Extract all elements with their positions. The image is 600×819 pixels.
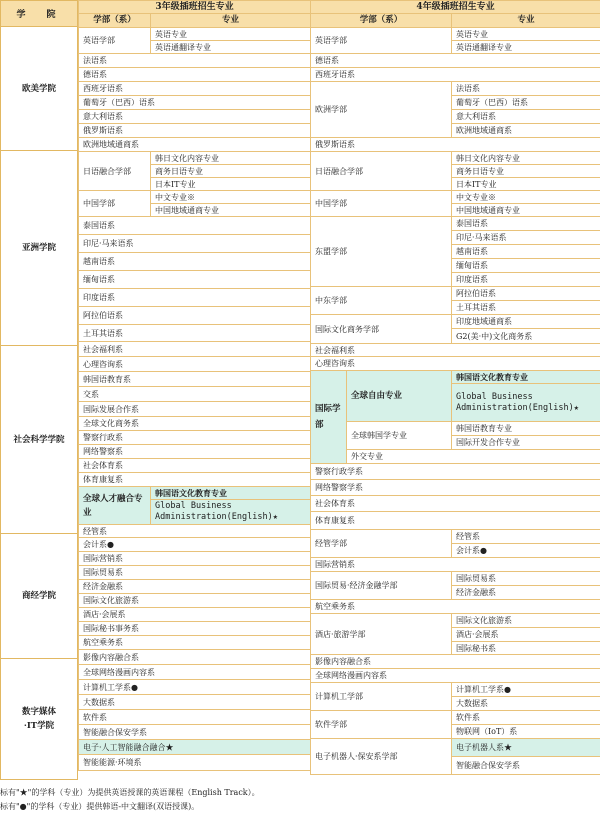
- major-cell: 意大利语系: [452, 110, 600, 124]
- major-cell: 中国地域通商专业: [452, 204, 600, 217]
- dept-cell: 经济金融系: [79, 580, 311, 594]
- dept-cell: 软件学部: [311, 711, 452, 739]
- dept-cell: 缅甸语系: [79, 271, 311, 289]
- intl-dept-cell: 国际学部: [311, 371, 347, 464]
- year3-table: 3年级插班招生专业 学部（系）专业 英语学部英语专业 英语通翻译专业 法语系 德…: [78, 0, 311, 771]
- dept-cell: 英语学部: [79, 28, 151, 54]
- major-cell: 国际秘书系: [452, 642, 600, 655]
- major-header: 专业: [151, 14, 311, 28]
- dept-cell: 警察行政系: [79, 431, 311, 445]
- dept-cell: 俄罗斯语系: [79, 124, 311, 138]
- dept-cell: 欧洲地域通商系: [79, 138, 311, 152]
- major-cell-highlight: 电子机器人系★: [452, 739, 600, 757]
- major-cell: 国际贸易系: [452, 572, 600, 586]
- college-social: 社会科学学院: [0, 346, 78, 534]
- major-cell: 物联网（IoT）系: [452, 725, 600, 739]
- dept-cell: 影像内容融合系: [79, 650, 311, 665]
- college-europe: 欧美学院: [0, 27, 78, 151]
- major-cell: 全球韩国学专业: [347, 422, 452, 450]
- dept-cell: 东盟学部: [311, 217, 452, 287]
- major-cell: 阿拉伯语系: [452, 287, 600, 301]
- major-cell: G2(美·中)文化商务系: [452, 329, 600, 344]
- footnote-dot: 标有"●"的学科（专业）提供韩语-中文翻译(双语授课)。: [0, 800, 260, 814]
- dept-cell: 会计系●: [79, 538, 311, 552]
- dept-cell: 英语学部: [311, 28, 452, 54]
- major-cell: 欧洲地域通商系: [452, 124, 600, 138]
- dept-cell: 软件系: [79, 710, 311, 725]
- dept-cell: 经管学部: [311, 530, 452, 558]
- dept-cell: 中国学部: [311, 191, 452, 217]
- admission-table: 学 院 欧美学院 亚洲学院 社会科学学院 商经学院 数字媒体 ·IT学院 3年级…: [0, 0, 600, 780]
- major-cell: 外交专业: [347, 450, 600, 464]
- dept-cell: 越南语系: [79, 253, 311, 271]
- major-cell: 日本IT专业: [151, 178, 311, 191]
- dept-cell: 德语系: [311, 54, 600, 68]
- dept-cell: 印尼·马来语系: [79, 235, 311, 253]
- major-cell: 中文专业※: [151, 191, 311, 204]
- footnote-star: 标有"★"的学科（专业）为提供英语授课的英语课程（English Track）。: [0, 786, 260, 800]
- year4-table: 4年级插班招生专业 学部（系）专业 英语学部英语专业 英语通翻译专业 德语系 西…: [310, 0, 600, 775]
- dept-cell: 国际秘书事务系: [79, 622, 311, 636]
- dept-cell: 全球网络漫画内容系: [311, 669, 600, 683]
- footnotes: 标有"★"的学科（专业）为提供英语授课的英语课程（English Track）。…: [0, 786, 260, 814]
- major-cell-highlight: Global Business Administration(English)★: [151, 500, 311, 525]
- major-cell: 印尼·马来语系: [452, 231, 600, 245]
- major-cell: 计算机工学系●: [452, 683, 600, 697]
- dept-cell: 阿拉伯语系: [79, 307, 311, 325]
- major-cell: 大数据系: [452, 697, 600, 711]
- college-digital: 数字媒体 ·IT学院: [0, 659, 78, 780]
- dept-cell: 德语系: [79, 68, 311, 82]
- dept-cell: 泰国语系: [79, 217, 311, 235]
- major-cell: 英语专业: [151, 28, 311, 41]
- major-cell: 日本IT专业: [452, 178, 600, 191]
- major-cell: 经济金融系: [452, 586, 600, 600]
- major-cell: 酒店·会展系: [452, 628, 600, 642]
- dept-cell: 大数据系: [79, 695, 311, 710]
- year3-title: 3年级插班招生专业: [79, 1, 311, 14]
- major-cell: 越南语系: [452, 245, 600, 259]
- major-cell-highlight: 全球自由专业: [347, 371, 452, 422]
- major-cell: 商务日语专业: [452, 165, 600, 178]
- major-header: 专业: [452, 14, 600, 28]
- dept-cell: 计算机工学系●: [79, 680, 311, 695]
- dept-cell: 中国学部: [79, 191, 151, 217]
- dept-cell: 国际贸易·经济金融学部: [311, 572, 452, 600]
- dept-cell: 国际营销系: [79, 552, 311, 566]
- dept-cell: 全球网络漫画内容系: [79, 665, 311, 680]
- dept-cell: 社会体育系: [311, 496, 600, 512]
- dept-cell: 欧洲学部: [311, 82, 452, 138]
- dept-cell: 社会福利系: [311, 344, 600, 357]
- sub-major-cell: 国际开发合作专业: [452, 436, 600, 450]
- major-cell: 英语通翻译专业: [452, 41, 600, 54]
- major-cell: 国际文化旅游系: [452, 614, 600, 628]
- dept-cell: 法语系: [79, 54, 311, 68]
- major-cell: 葡萄牙（巴西）语系: [452, 96, 600, 110]
- dept-cell: 航空乘务系: [79, 636, 311, 650]
- dept-cell: 日语融合学部: [311, 152, 452, 191]
- sub-major-cell: 韩国语教育专业: [452, 422, 600, 436]
- dept-cell: 酒店·旅游学部: [311, 614, 452, 655]
- major-cell: 英语专业: [452, 28, 600, 41]
- college-asia: 亚洲学院: [0, 151, 78, 346]
- dept-cell: 经管系: [79, 525, 311, 538]
- dept-cell: 西班牙语系: [79, 82, 311, 96]
- dept-cell: 社会体育系: [79, 459, 311, 473]
- major-cell-highlight: 韩国语文化教育专业: [151, 487, 311, 500]
- dept-cell: 西班牙语系: [311, 68, 600, 82]
- major-cell: 智能融合保安学系: [452, 757, 600, 775]
- major-cell: 商务日语专业: [151, 165, 311, 178]
- dept-cell: 电子机器人·保安系学部: [311, 739, 452, 775]
- sub-major-cell-highlight: Global Business Administration(English)★: [452, 384, 600, 422]
- dept-cell: 网络警察学系: [311, 480, 600, 496]
- dept-cell: 警察行政学系: [311, 464, 600, 480]
- major-cell: 法语系: [452, 82, 600, 96]
- dept-cell: 韩国语教育系: [79, 372, 311, 387]
- dept-cell: 土耳其语系: [79, 325, 311, 342]
- dept-cell: 社会福利系: [79, 342, 311, 357]
- dept-cell-highlight: 电子·人工智能融合融合★: [79, 740, 311, 755]
- major-cell: 土耳其语系: [452, 301, 600, 315]
- sub-major-cell-highlight: 韩国语文化教育专业: [452, 371, 600, 384]
- dept-cell: 酒店·会展系: [79, 608, 311, 622]
- dept-cell: 俄罗斯语系: [311, 138, 600, 152]
- dept-cell: 心理咨询系: [311, 357, 600, 371]
- dept-cell: 国际文化旅游系: [79, 594, 311, 608]
- dept-cell: 体育康复系: [79, 473, 311, 487]
- major-cell: 印度语系: [452, 273, 600, 287]
- dept-cell: 智能融合保安学系: [79, 725, 311, 740]
- major-cell: 会计系●: [452, 544, 600, 558]
- dept-cell: 交系: [79, 387, 311, 402]
- major-cell: 韩日文化内容专业: [151, 152, 311, 165]
- major-cell: 英语通翻译专业: [151, 41, 311, 54]
- college-header: 学 院: [0, 0, 78, 27]
- major-cell: 韩日文化内容专业: [452, 152, 600, 165]
- dept-cell: 国际贸易系: [79, 566, 311, 580]
- dept-cell: 国际文化商务学部: [311, 315, 452, 344]
- college-business: 商经学院: [0, 534, 78, 659]
- major-cell: 中文专业※: [452, 191, 600, 204]
- dept-cell: 中东学部: [311, 287, 452, 315]
- dept-cell: 体育康复系: [311, 512, 600, 530]
- dept-cell: 计算机工学部: [311, 683, 452, 711]
- major-cell: 经管系: [452, 530, 600, 544]
- dept-cell: 心理咨询系: [79, 357, 311, 372]
- dept-cell: 智能能源·环境系: [79, 755, 311, 771]
- major-cell: 中国地域通商专业: [151, 204, 311, 217]
- dept-cell: 国际营销系: [311, 558, 600, 572]
- dept-cell: 日语融合学部: [79, 152, 151, 191]
- dept-cell: 全球文化商务系: [79, 417, 311, 431]
- major-cell: 软件系: [452, 711, 600, 725]
- major-cell: 泰国语系: [452, 217, 600, 231]
- dept-cell: 意大利语系: [79, 110, 311, 124]
- dept-header: 学部（系）: [79, 14, 151, 28]
- dept-cell: 影像内容融合系: [311, 655, 600, 669]
- dept-cell: 葡萄牙（巴西）语系: [79, 96, 311, 110]
- dept-cell: 国际发展合作系: [79, 402, 311, 417]
- dept-header: 学部（系）: [311, 14, 452, 28]
- dept-cell-highlight: 全球人才融合专业: [79, 487, 151, 525]
- dept-cell: 网络警察系: [79, 445, 311, 459]
- dept-cell: 印度语系: [79, 289, 311, 307]
- year4-title: 4年级插班招生专业: [311, 1, 600, 14]
- dept-cell: 航空乘务系: [311, 600, 600, 614]
- major-cell: 印度地域通商系: [452, 315, 600, 329]
- major-cell: 缅甸语系: [452, 259, 600, 273]
